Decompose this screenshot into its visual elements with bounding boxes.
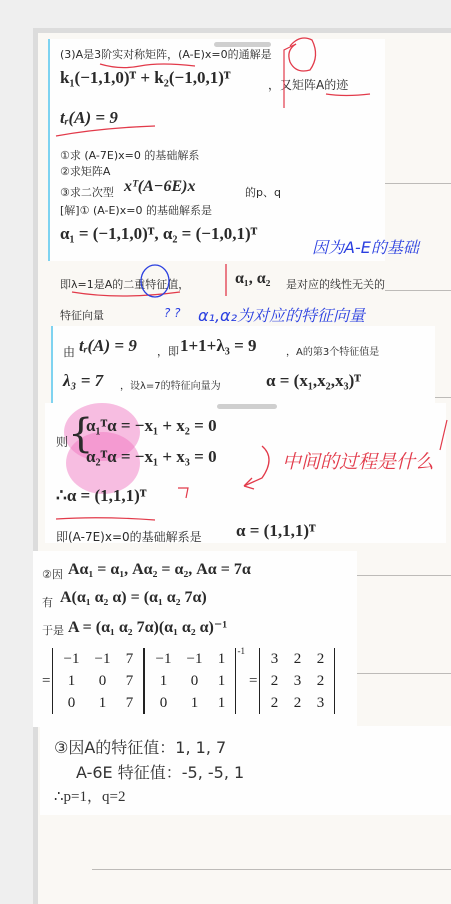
question-3-math: xᵀ(A−6E)x: [124, 178, 195, 196]
trace-line-prefix: 由: [63, 343, 75, 360]
ruled-line: [357, 673, 451, 674]
part3-line1: ③因A的特征值：1, 1, 7: [54, 735, 226, 758]
eigen-line-c: 是对应的线性无关的: [286, 276, 385, 292]
equals-sign: =: [249, 673, 257, 690]
question-2: ②求矩阵A: [60, 163, 110, 179]
trace-line-mid: ，即: [157, 343, 179, 359]
ruled-line: [385, 183, 451, 184]
part2-line3-prefix: 于是: [42, 622, 64, 638]
trace-lead: ，又矩阵A的迹: [268, 76, 348, 93]
eigen-line-b: α₁, α₂: [235, 270, 270, 288]
matrix-eigvecs-scaled: −1 −1 7 1 0 7 0 1 7: [52, 648, 144, 714]
solution-1-header: [解]① (A-E)x=0 的基础解系是: [60, 202, 212, 218]
part2-line1-prefix: ②因: [42, 566, 63, 582]
basis-math: α = (1,1,1)ᵀ: [236, 521, 316, 541]
equals-sign: =: [42, 673, 50, 690]
alpha-basis: α₁ = (−1,1,0)ᵀ, α₂ = (−1,0,1)ᵀ: [60, 224, 257, 244]
ruled-line: [92, 869, 451, 870]
trace-line-suffix: ，A的第3个特征值是: [286, 343, 379, 358]
lambda3-math: λ₃ = 7: [63, 371, 103, 391]
question-1: ①求 (A-7E)x=0 的基础解系: [60, 147, 199, 163]
problem-intro: (3)A是3阶实对称矩阵，(A-E)x=0的通解是: [60, 46, 272, 62]
general-solution: k₁(−1,1,0)ᵀ + k₂(−1,0,1)ᵀ: [60, 68, 230, 88]
part2-line3-math: A = (α₁ α₂ 7α)(α₁ α₂ α)⁻¹: [68, 617, 227, 637]
equation-2: α₂ᵀα = −x₁ + x₃ = 0: [86, 447, 217, 467]
question-3-prefix: ③求二次型: [60, 184, 114, 200]
handwritten-note-blue-2: α₁,α₂为对应的特征向量: [198, 303, 365, 326]
drag-handle[interactable]: [217, 404, 277, 409]
alpha-result: ∴α = (1,1,1)ᵀ: [56, 486, 146, 506]
trace-value: tᵣ(A) = 9: [60, 108, 118, 128]
part2-line2-prefix: 有: [42, 594, 53, 610]
ruled-line: [385, 290, 451, 291]
alpha-def: α = (x₁,x₂,x₃)ᵀ: [266, 371, 361, 391]
handwritten-note-red: 中间的过程是什么: [282, 447, 434, 474]
part2-line2-math: A(α₁ α₂ α) = (α₁ α₂ 7α): [60, 589, 207, 607]
ruled-line: [357, 575, 451, 576]
trace-line-math2: 1+1+λ₃ = 9: [180, 336, 257, 356]
eigen-line-d: 特征向量: [60, 307, 104, 323]
trace-line-math1: tᵣ(A) = 9: [79, 336, 137, 356]
question-3-suffix: 的p、q: [245, 184, 281, 200]
lambda3-text: ，设λ=7的特征向量为: [120, 377, 221, 392]
part2-line1-math: Aα₁ = α₁, Aα₂ = α₂, Aα = 7α: [68, 561, 251, 579]
eigen-line-a: 即λ=1是A的二重特征值，: [60, 276, 189, 292]
matrix-eigvecs: −1 −1 1 1 0 1 0 1 1: [144, 648, 236, 714]
equation-1: α₁ᵀα = −x₁ + x₂ = 0: [86, 416, 217, 436]
part3-line3: ∴p=1，q=2: [54, 785, 125, 806]
then-label: 则: [56, 433, 68, 450]
inverse-exponent: -1: [237, 646, 245, 656]
basis-text: 即(A-7E)x=0的基础解系是: [56, 528, 202, 545]
part3-line2: A-6E 特征值：-5, -5, 1: [76, 760, 244, 783]
handwritten-note-blue-1: 因为A-E的基础: [312, 235, 419, 258]
matrix-equation: = −1 −1 7 1 0 7 0 1 7 −1 −1 1 1 0 1 0 1 …: [42, 648, 335, 714]
matrix-result: 3 2 2 2 3 2 2 2 3: [259, 648, 335, 714]
handwritten-note-question-marks: ? ?: [164, 306, 181, 320]
